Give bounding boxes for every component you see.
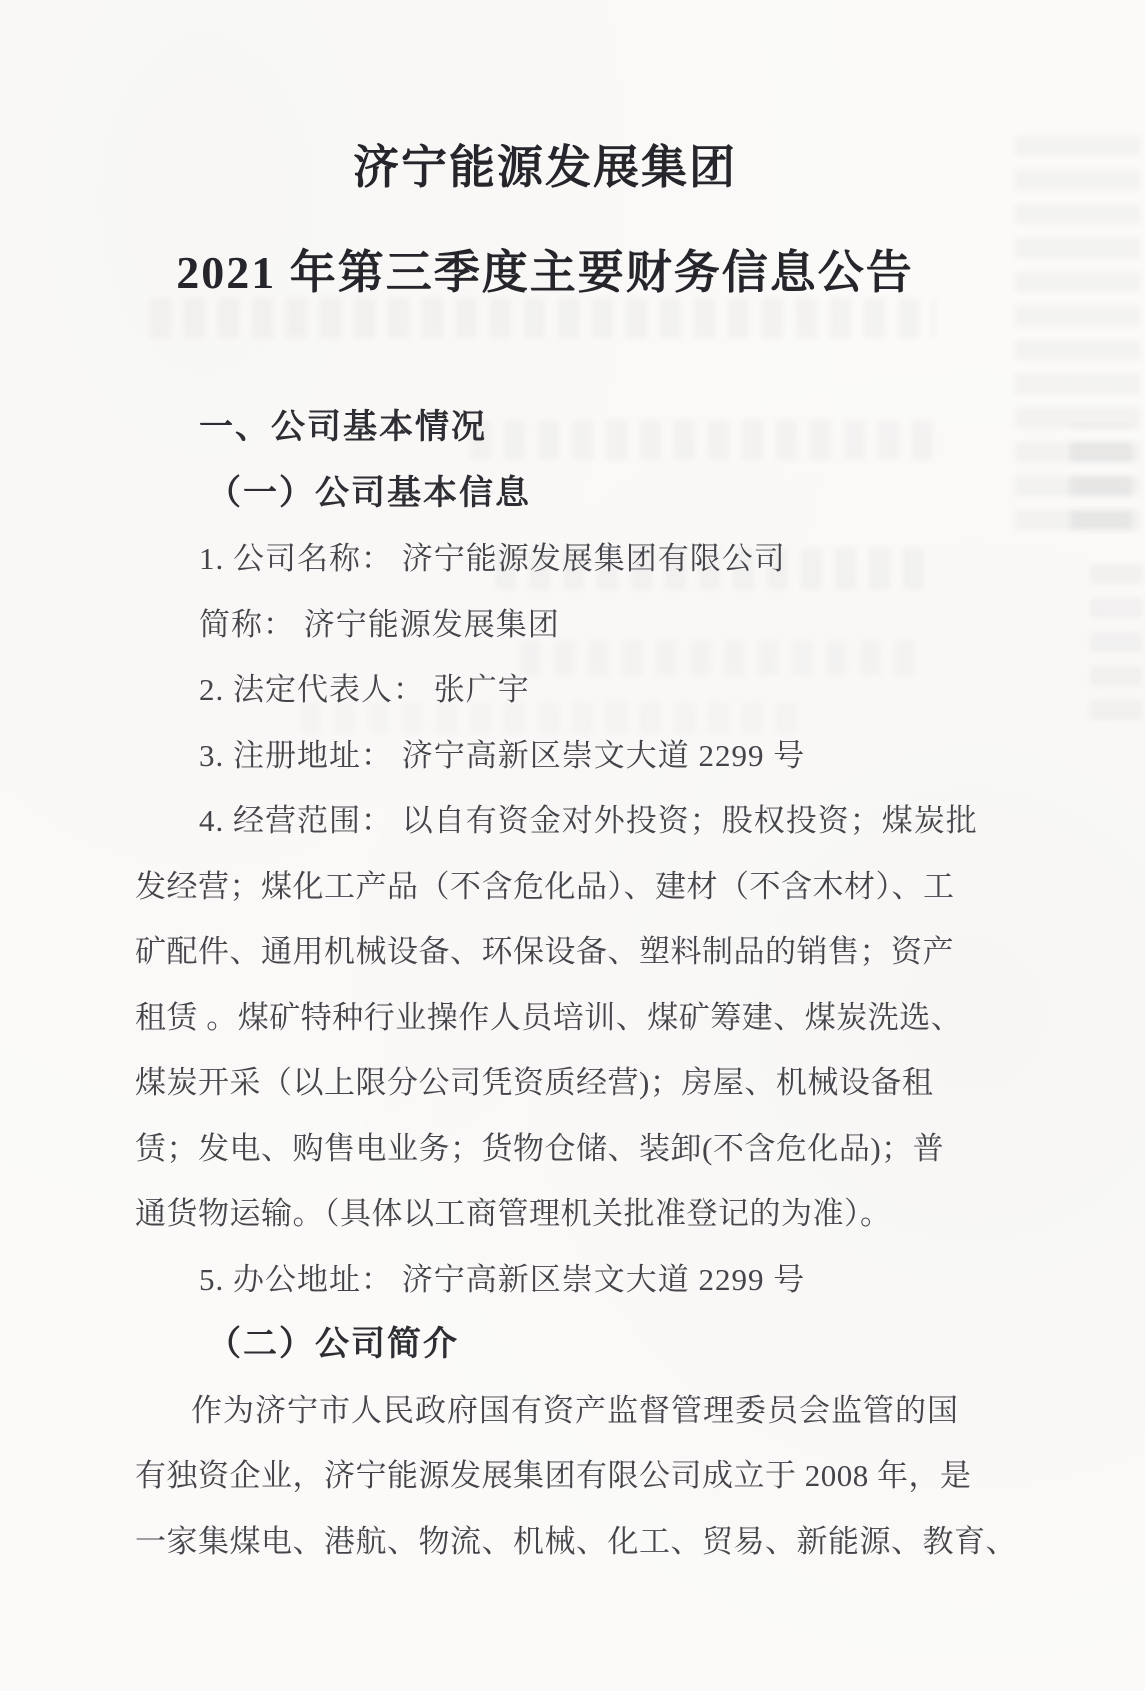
section-heading-company-basics: 一、公司基本情况 [135,395,945,461]
document-body: 一、公司基本情况 （一）公司基本信息 1. 公司名称： 济宁能源发展集团有限公司… [135,395,945,1574]
item-business-scope-line-2: 发经营；煤化工产品（不含危化品）、建材（不含木材）、工 [135,854,945,920]
company-profile-line-3: 一家集煤电、港航、物流、机械、化工、贸易、新能源、教育、 [135,1509,945,1575]
item-company-short-name: 简称： 济宁能源发展集团 [135,592,945,658]
bleedthrough-smudge [1090,555,1142,720]
subsection-heading-company-profile: （二）公司简介 [135,1312,945,1378]
item-business-scope-line-3: 矿配件、通用机械设备、环保设备、塑料制品的销售；资产 [135,919,945,985]
title-line-2: 2021 年第三季度主要财务信息公告 [140,247,950,300]
item-office-address: 5. 办公地址： 济宁高新区崇文大道 2299 号 [135,1247,945,1313]
title-line-1: 济宁能源发展集团 [140,142,950,195]
bleedthrough-smudge [1015,135,1140,530]
item-legal-representative: 2. 法定代表人： 张广宇 [135,657,945,723]
item-business-scope-line-6: 赁；发电、购售电业务；货物仓储、装卸(不含危化品)；普 [135,1116,945,1182]
item-business-scope-line-4: 租赁 。煤矿特种行业操作人员培训、煤矿筹建、煤炭洗选、 [135,985,945,1051]
document-title: 济宁能源发展集团 2021 年第三季度主要财务信息公告 [140,142,950,300]
item-business-scope-line-7: 通货物运输。（具体以工商管理机关批准登记的为准）。 [135,1181,945,1247]
item-business-scope-line-1: 4. 经营范围： 以自有资金对外投资；股权投资；煤炭批 [135,788,945,854]
item-company-name: 1. 公司名称： 济宁能源发展集团有限公司 [135,526,945,592]
company-profile-line-1: 作为济宁市人民政府国有资产监督管理委员会监管的国 [135,1378,945,1444]
subsection-heading-basic-info: （一）公司基本信息 [135,461,945,527]
scanned-document-page: 济宁能源发展集团 2021 年第三季度主要财务信息公告 一、公司基本情况 （一）… [0,0,1145,1691]
item-business-scope-line-5: 煤炭开采（以上限分公司凭资质经营)；房屋、机械设备租 [135,1050,945,1116]
bleedthrough-smudge [150,298,935,338]
company-profile-line-2: 有独资企业，济宁能源发展集团有限公司成立于 2008 年，是 [135,1443,945,1509]
bleedthrough-smudge [1070,425,1132,530]
item-registered-address: 3. 注册地址： 济宁高新区崇文大道 2299 号 [135,723,945,789]
